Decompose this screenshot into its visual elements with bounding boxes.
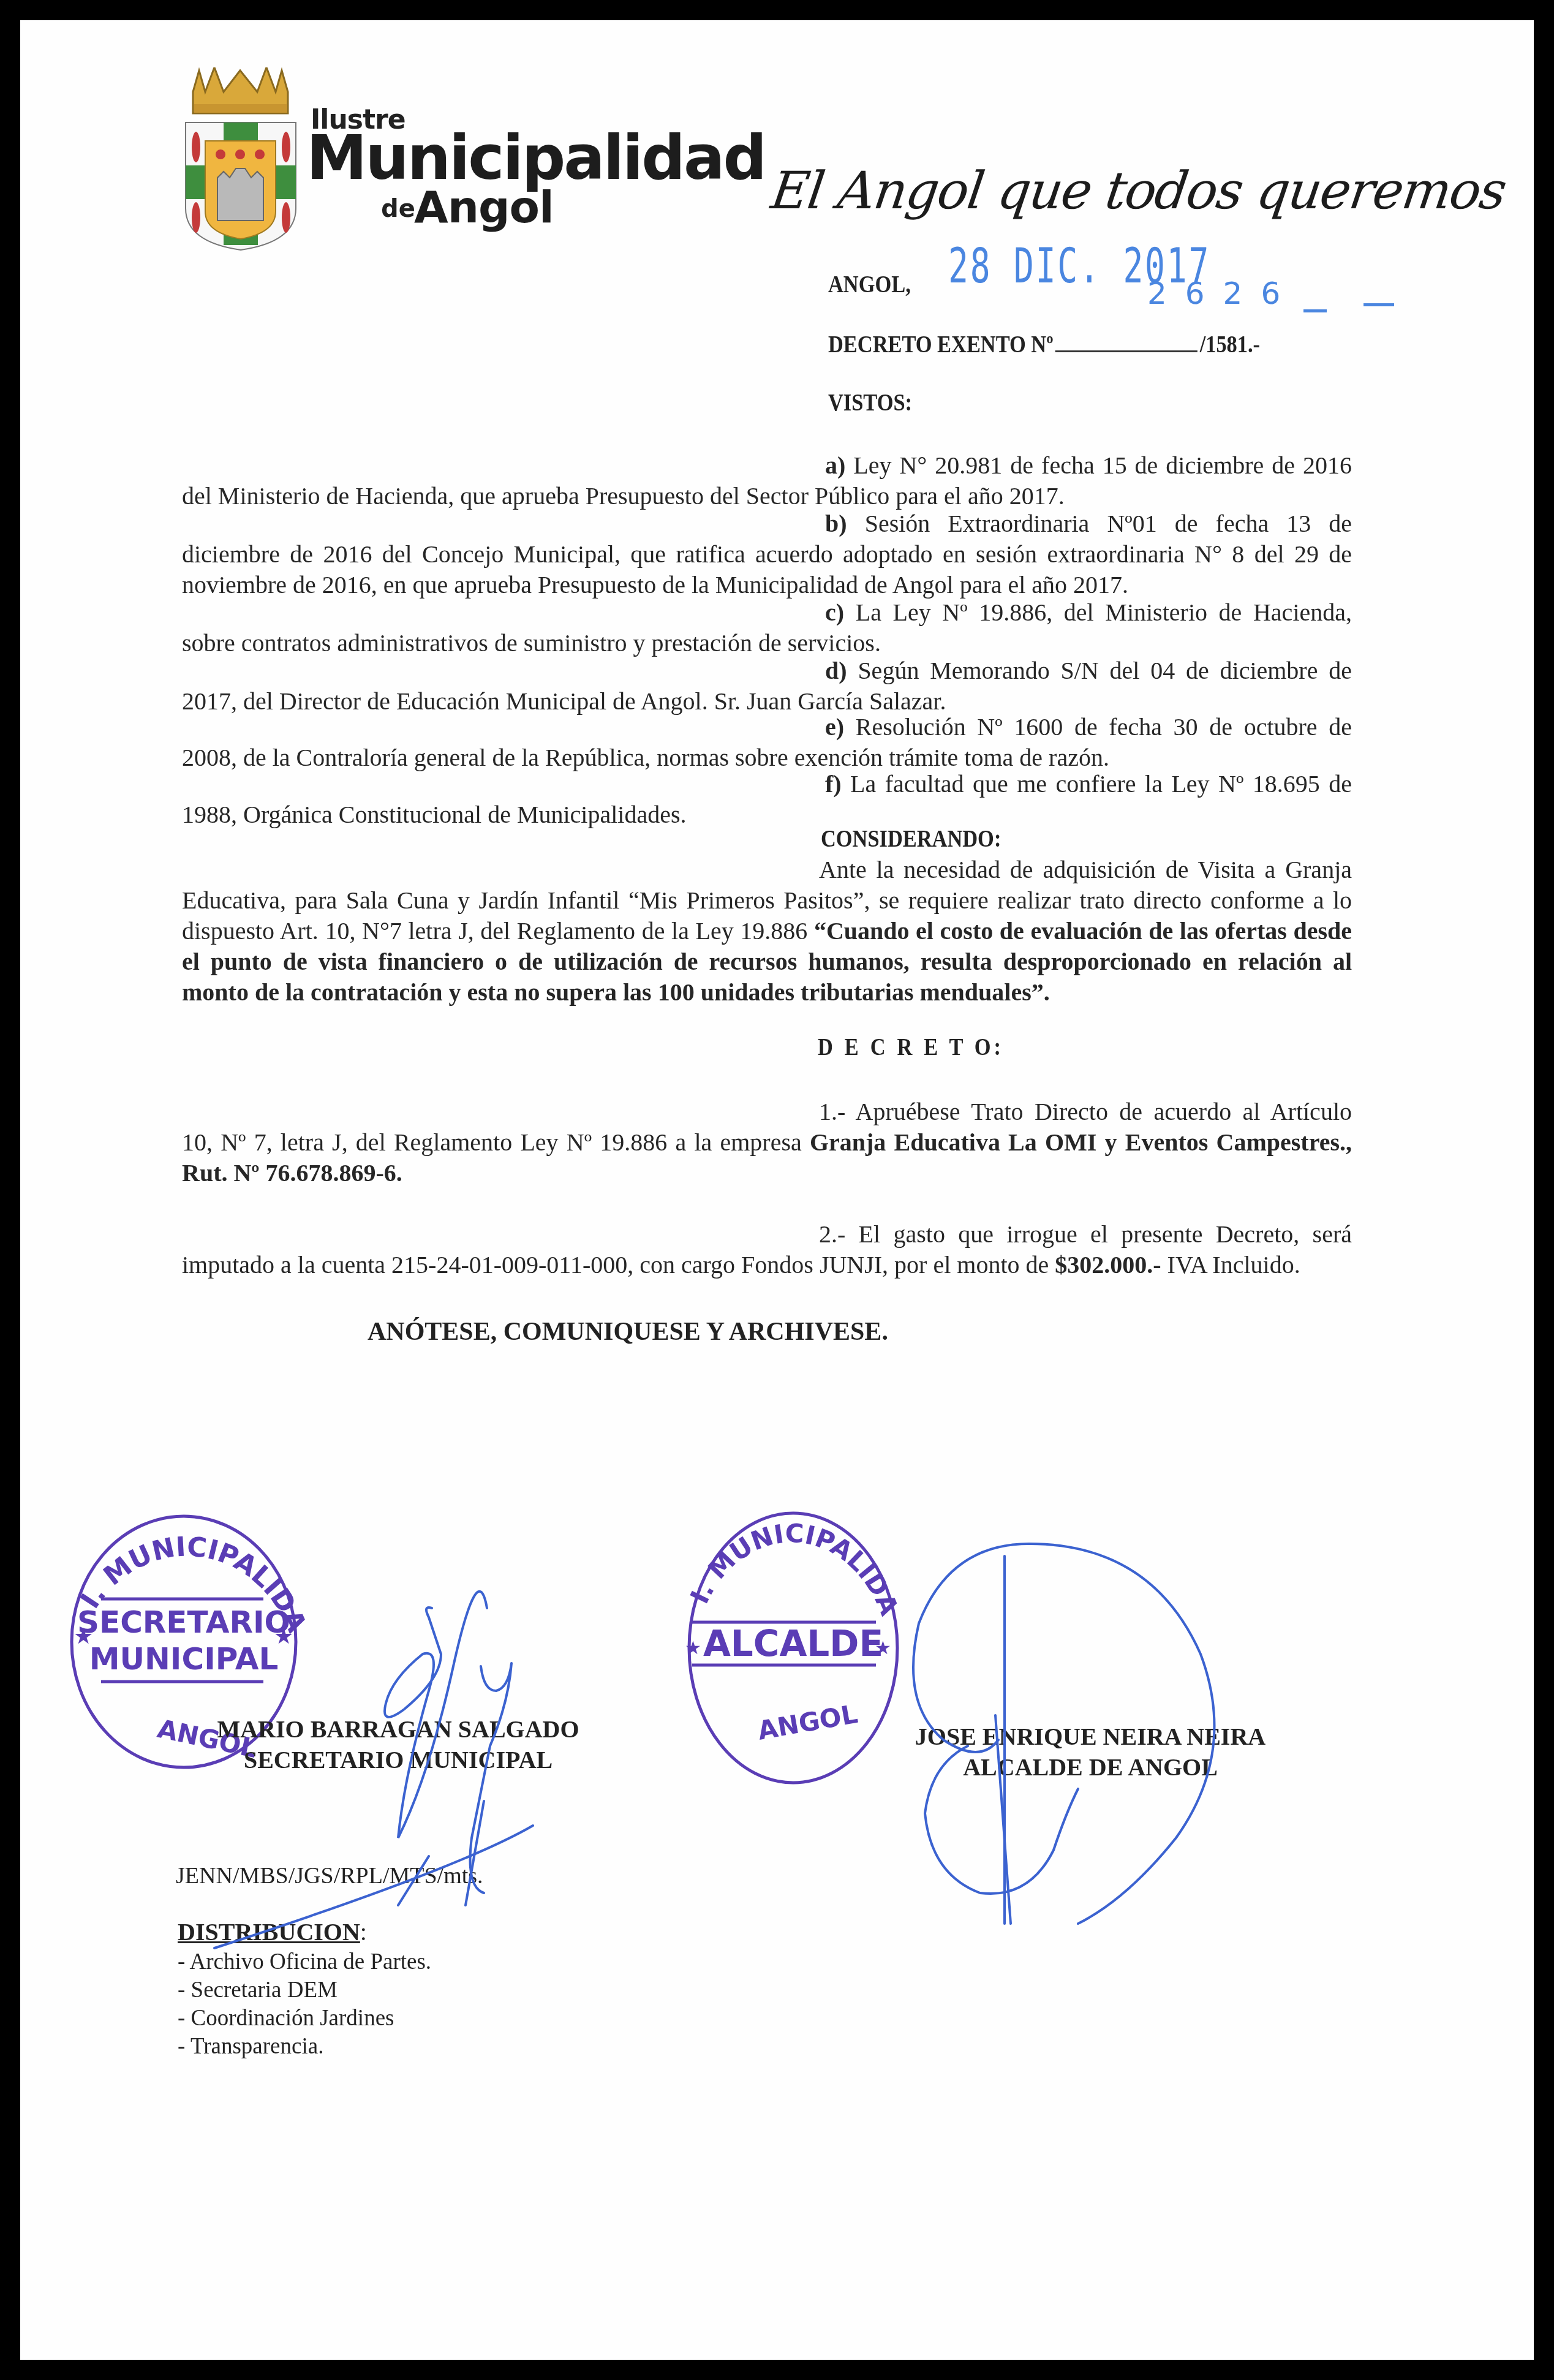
alcalde-title: ALCALDE DE ANGOL	[900, 1752, 1280, 1783]
decree-suffix: /1581.-	[1200, 330, 1260, 358]
stamp-dash	[1364, 303, 1394, 306]
distribution-list: - Archivo Oficina de Partes. - Secretari…	[178, 1948, 431, 2061]
logo-de: de	[381, 195, 415, 223]
alcalde-name: JOSE ENRIQUE NEIRA NEIRA	[900, 1721, 1280, 1752]
logo-angol: Angol	[414, 181, 554, 233]
vistos-item-e: e) Resolución Nº 1600 de fecha 30 de oct…	[182, 712, 1352, 773]
secretario-title: SECRETARIO MUNICIPAL	[202, 1745, 594, 1775]
decreto-item-1: 1.- Apruébese Trato Directo de acuerdo a…	[182, 1097, 1352, 1188]
decree-number-blank	[1055, 350, 1198, 352]
motto: El Angol que todos queremos	[768, 161, 1509, 221]
considerando-paragraph: Ante la necesidad de adquisición de Visi…	[182, 855, 1352, 1008]
reference-initials: JENN/MBS/JGS/RPL/MTS/mts.	[176, 1862, 483, 1889]
closing-formula: ANÓTESE, COMUNIQUESE Y ARCHIVESE.	[368, 1317, 888, 1347]
secretario-name: MARIO BARRAGAN SALGADO	[202, 1714, 594, 1745]
secretario-signature-block: MARIO BARRAGAN SALGADO SECRETARIO MUNICI…	[202, 1714, 594, 1775]
coat-of-arms-icon	[181, 67, 300, 251]
logo-municipalidad: Municipalidad	[306, 127, 765, 189]
decree-number-line: DECRETO EXENTO Nº/1581.-	[828, 330, 1260, 358]
distribution-item: - Archivo Oficina de Partes.	[178, 1948, 431, 1976]
place-label: ANGOL,	[828, 270, 911, 298]
decreto-item-2: 2.- El gasto que irrogue el presente Dec…	[182, 1219, 1352, 1280]
distribution-item: - Secretaria DEM	[178, 1976, 431, 2004]
vistos-item-f: f) La facultad que me confiere la Ley Nº…	[182, 769, 1352, 830]
vistos-item-d: d) Según Memorando S/N del 04 de diciemb…	[182, 655, 1352, 717]
considerando-title: CONSIDERANDO:	[821, 824, 1001, 853]
stamp-dash	[1303, 309, 1327, 312]
alcalde-signature-block: JOSE ENRIQUE NEIRA NEIRA ALCALDE DE ANGO…	[900, 1721, 1280, 1783]
distribution-item: - Coordinación Jardines	[178, 2004, 431, 2033]
number-stamp: 2626	[1147, 276, 1299, 311]
distribution-item: - Transparencia.	[178, 2033, 431, 2061]
decree-label: DECRETO EXENTO Nº	[828, 330, 1054, 358]
vistos-item-c: c) La Ley Nº 19.886, del Ministerio de H…	[182, 597, 1352, 659]
vistos-title: VISTOS:	[828, 388, 912, 417]
distribution-title: DISTRIBUCION:	[178, 1917, 367, 1946]
vistos-item-a: a) Ley N° 20.981 de fecha 15 de diciembr…	[182, 450, 1352, 512]
decreto-title: D E C R E T O:	[818, 1032, 1004, 1061]
vistos-item-b: b) Sesión Extraordinaria Nº01 de fecha 1…	[182, 508, 1352, 600]
